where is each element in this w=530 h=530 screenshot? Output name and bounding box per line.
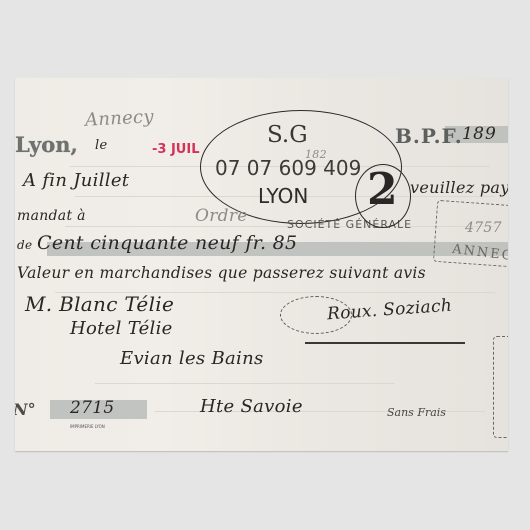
- due-line: A fin Juillet: [23, 170, 129, 191]
- order-label: Ordre: [195, 206, 248, 226]
- signature: Roux. Soziach: [326, 296, 452, 325]
- addressee-city: Evian les Bains: [120, 348, 264, 369]
- year-prefix: 18: [462, 124, 484, 144]
- side-stamp-number: 4757: [465, 220, 502, 236]
- year-handwritten: 9: [485, 124, 496, 144]
- bank-city: LYON: [258, 184, 308, 208]
- le-label: le: [95, 138, 107, 153]
- value-line: Valeur en marchandises que passerez suiv…: [17, 264, 426, 282]
- signature-underline: [305, 342, 465, 344]
- sans-frais: Sans Frais: [387, 406, 446, 419]
- number-value: 2715: [70, 398, 114, 418]
- right-edge-stamp: [493, 336, 508, 438]
- rule-line: [65, 226, 495, 227]
- addressee-name: M. Blanc Télie: [25, 292, 174, 316]
- city-printed: Lyon,: [15, 132, 78, 157]
- fine-print: IMPRIMERIE LYON: [70, 424, 105, 429]
- addressee-hotel: Hotel Télie: [70, 318, 173, 339]
- mandate-label: mandat à: [17, 208, 86, 224]
- place-handwritten: Annecy: [84, 106, 154, 131]
- number-label: N°: [15, 400, 36, 419]
- circle-mark: 2: [367, 164, 398, 215]
- bill-of-exchange-document: Annecy Lyon, le -3 JUIL B.P.F. 18 9 S.G …: [15, 78, 508, 451]
- bank-account-number: 07 07 609 409: [215, 156, 361, 180]
- date-stamp: -3 JUIL: [152, 142, 199, 157]
- amount-words: Cent cinquante neuf fr. 85: [37, 232, 297, 254]
- addressee-region: Hte Savoie: [200, 396, 303, 417]
- payer-instruction: veuillez payer: [410, 178, 508, 197]
- bank-initials: S.G: [267, 122, 308, 148]
- rule-line: [95, 383, 395, 384]
- bpf-label: B.P.F.: [395, 124, 463, 148]
- amount-prefix: de: [17, 238, 32, 252]
